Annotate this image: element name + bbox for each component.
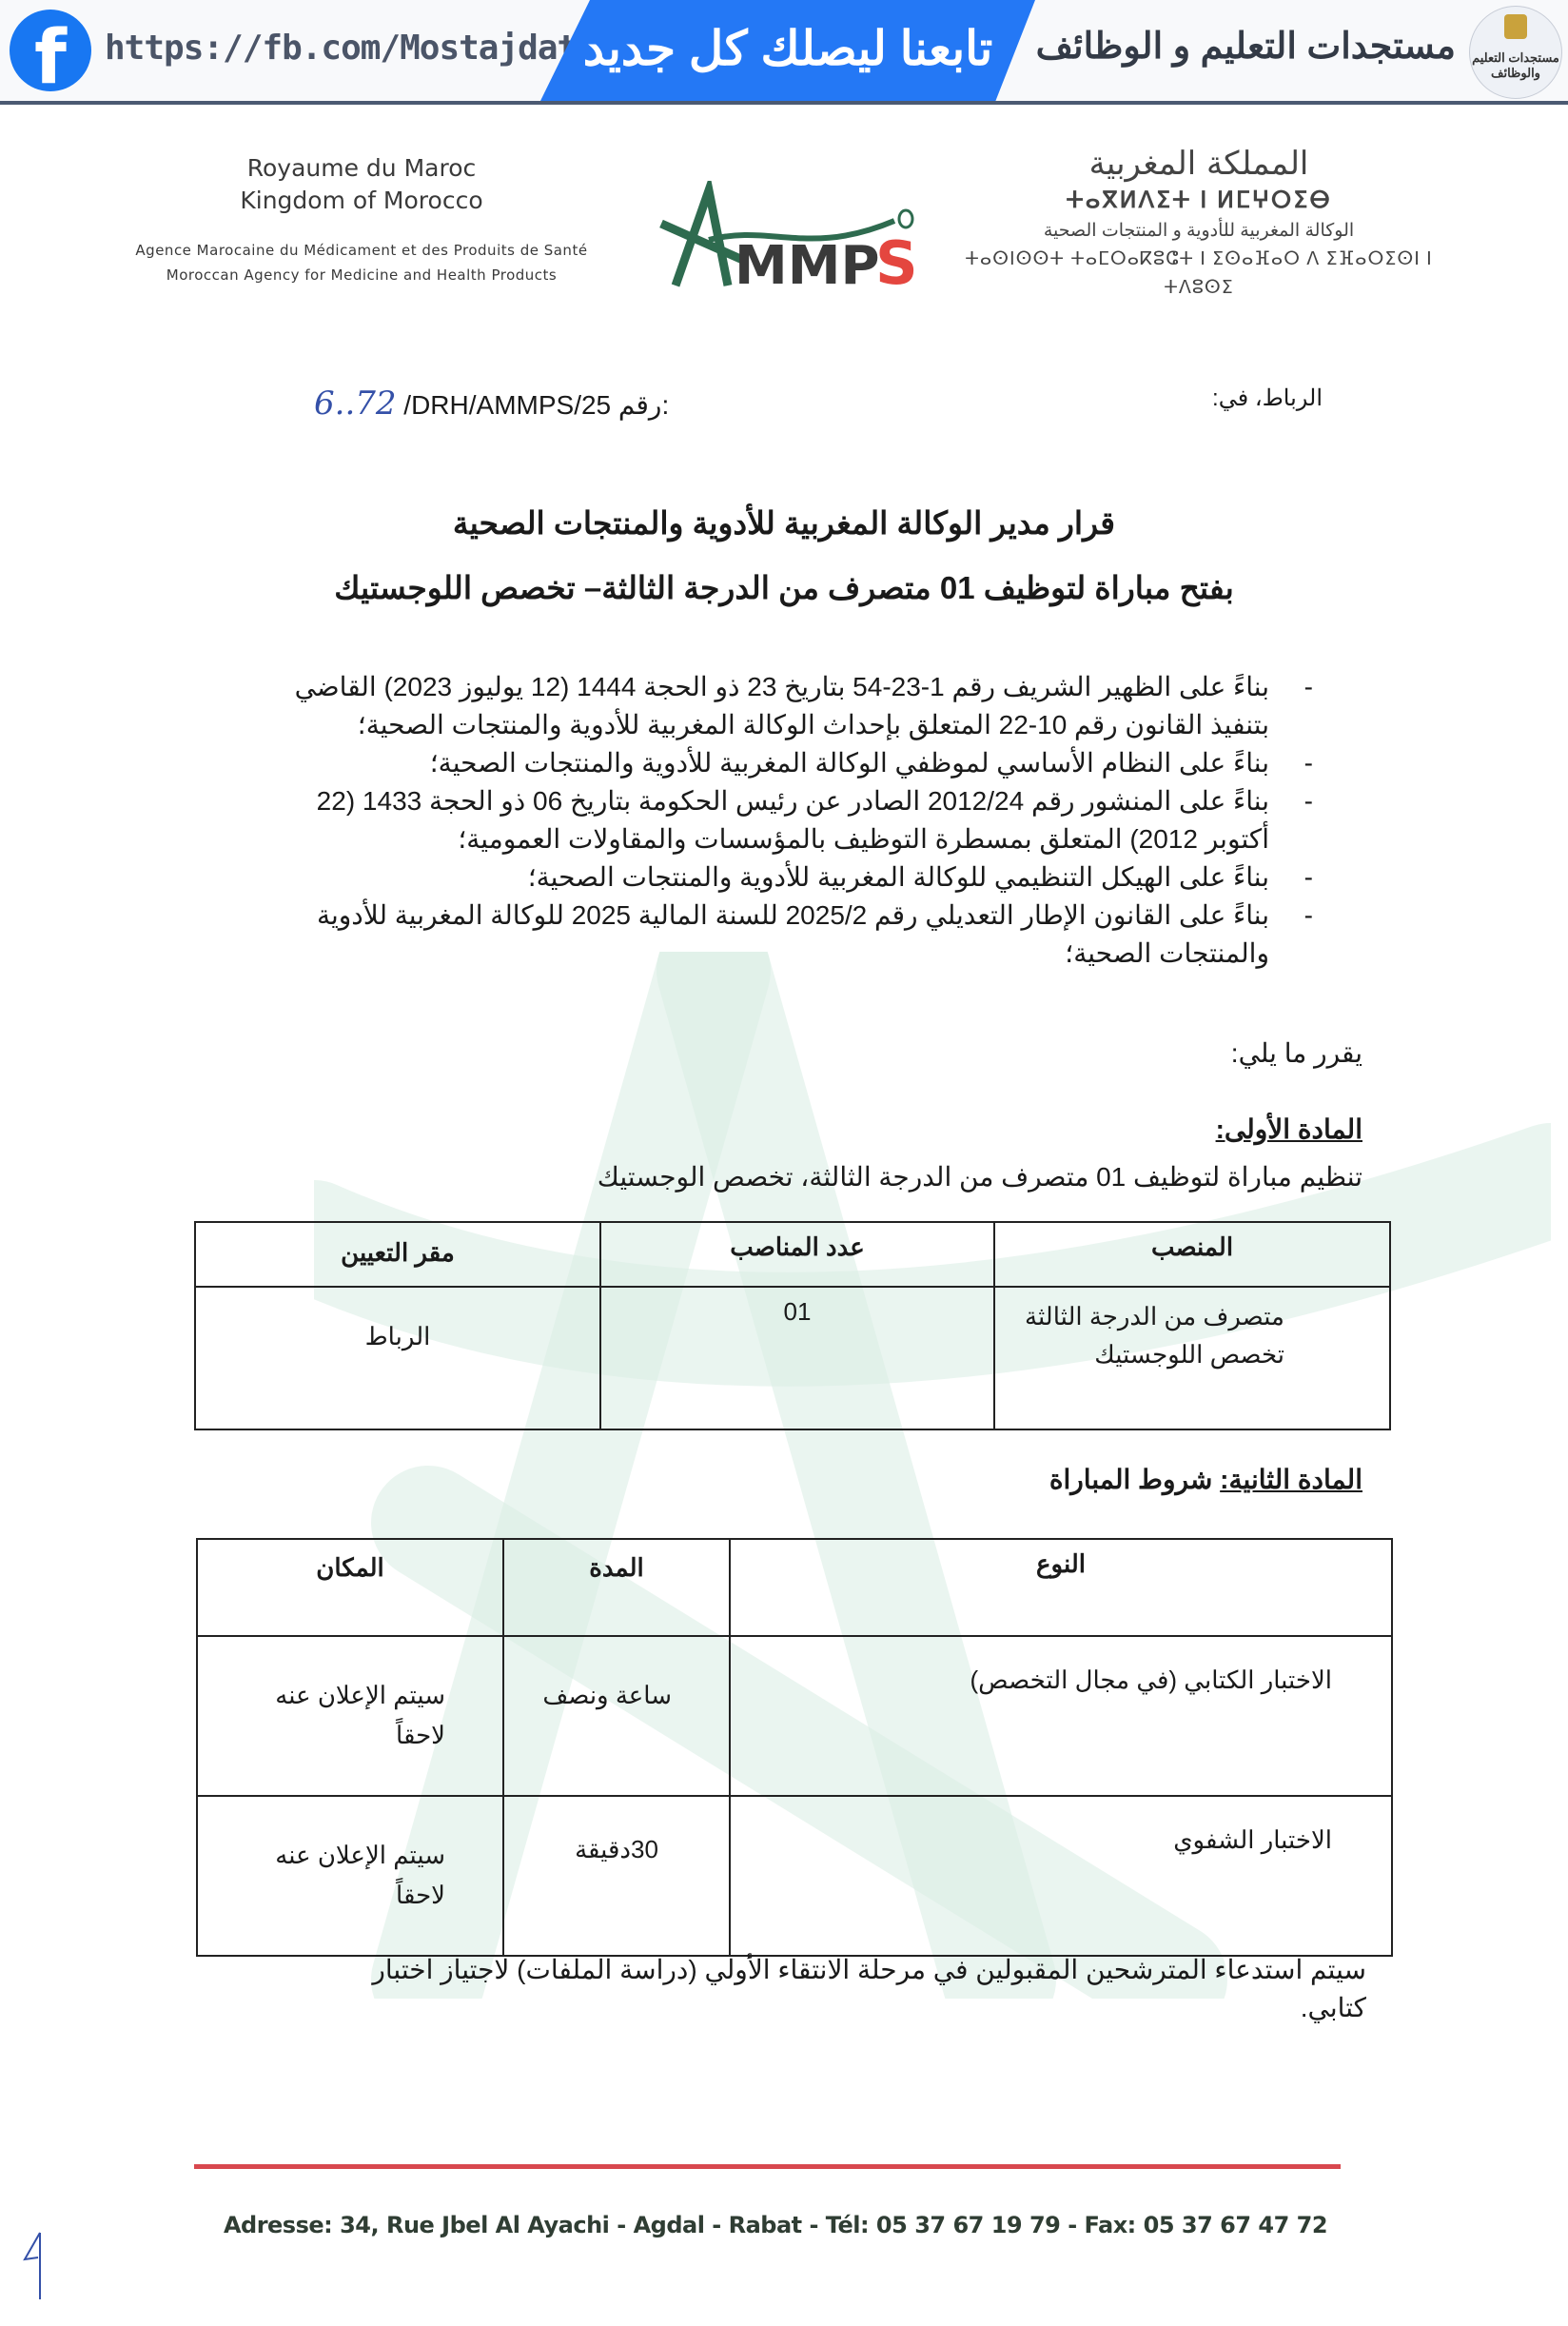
city-date-label: الرباط، في: [1212,384,1323,412]
follow-us-text: تابعنا ليصلك كل جديد [540,21,1035,76]
table-row: متصرف من الدرجة الثالثة تخصص اللوجستيك 0… [195,1287,1390,1429]
exam-conditions-table: النوع المدة المكان الاختبار الكتابي (في … [196,1538,1393,1957]
ammps-logo: MMP S [657,181,932,295]
article1-text: تنظيم مباراة لتوظيف 01 متصرف من الدرجة ا… [598,1161,1362,1193]
svg-text:S: S [875,228,918,295]
cell-exam-place: سيتم الإعلان عنه لاحقاً [197,1636,503,1796]
site-name: مستجدات التعليم و الوظائف [1036,25,1456,68]
preamble-item: بناءً على القانون الإطار التعديلي رقم 20… [247,897,1313,973]
cell-count: 01 [600,1287,994,1429]
svg-text:MMP: MMP [735,235,880,295]
cell-exam-place: سيتم الإعلان عنه لاحقاً [197,1796,503,1956]
cell-exam-duration: ساعة ونصف [503,1636,730,1796]
coat-of-arms-icon [1504,14,1527,39]
col-header-count: عدد المناصب [600,1222,994,1287]
follow-us-banner: تابعنا ليصلك كل جديد [540,0,1035,101]
letterhead-arabic: المملكة المغربية ⵜⴰⴳⵍⴷⵉⵜ ⵏ ⵍⵎⵖⵔⵉⴱ الوكال… [932,143,1465,303]
cell-exam-type: الاختبار الكتابي (في مجال التخصص) [730,1636,1392,1796]
initials-signature-icon [21,2231,49,2307]
site-logo-badge: مستجدات التعليم والوظائف [1469,6,1562,99]
footer-address: Adresse: 34, Rue Jbel Al Ayachi - Agdal … [190,2212,1361,2238]
col-header-type: النوع [730,1539,1392,1636]
cell-position: متصرف من الدرجة الثالثة تخصص اللوجستيك [994,1287,1390,1429]
decides-label: يقرر ما يلي: [1231,1037,1362,1069]
article2-heading: المادة الثانية: شروط المباراة [1049,1464,1362,1495]
preamble-list: بناءً على الظهير الشريف رقم 1-23-54 بتار… [247,668,1313,973]
social-banner: f https://fb.com/MostajdatMaroc تابعنا ل… [0,0,1568,105]
reference-code: /DRH/AMMPS/25 [403,390,611,420]
article1-heading: المادة الأولى: [1216,1114,1362,1145]
col-header-duration: المدة [503,1539,730,1636]
preamble-item: بناءً على الهيكل التنظيمي للوكالة المغرب… [247,858,1313,897]
cell-exam-duration: 30دقيقة [503,1796,730,1956]
preamble-item: بناءً على المنشور رقم 2012/24 الصادر عن … [247,782,1313,858]
col-header-location: مقر التعيين [195,1222,600,1287]
decision-subtitle: بفتح مباراة لتوظيف 01 متصرف من الدرجة ال… [190,569,1378,606]
decision-title: قرار مدير الوكالة المغربية للأدوية والمن… [190,504,1378,542]
preamble-item: بناءً على الظهير الشريف رقم 1-23-54 بتار… [247,668,1313,744]
preamble-item: بناءً على النظام الأساسي لموظفي الوكالة … [247,744,1313,782]
col-header-position: المنصب [994,1222,1390,1287]
cell-exam-type: الاختبار الشفوي [730,1796,1392,1956]
table-row: الاختبار الشفوي 30دقيقة سيتم الإعلان عنه… [197,1796,1392,1956]
positions-table: المنصب عدد المناصب مقر التعيين متصرف من … [194,1221,1391,1430]
reference-number: 6..72 /DRH/AMMPS/25 رقم: [314,384,669,423]
reference-label: رقم: [618,390,669,420]
cell-location: الرباط [195,1287,600,1429]
handwritten-number: 6..72 [314,384,397,423]
col-header-place: المكان [197,1539,503,1636]
article2-note: سيتم استدعاء المترشحين المقبولين في مرحل… [301,1951,1366,2027]
site-badge-text: مستجدات التعليم والوظائف [1470,50,1561,81]
facebook-icon[interactable]: f [10,10,91,91]
letterhead-french: Royaume du Maroc Kingdom of Morocco Agen… [95,152,628,287]
footer-divider [194,2164,1341,2169]
table-row: الاختبار الكتابي (في مجال التخصص) ساعة و… [197,1636,1392,1796]
